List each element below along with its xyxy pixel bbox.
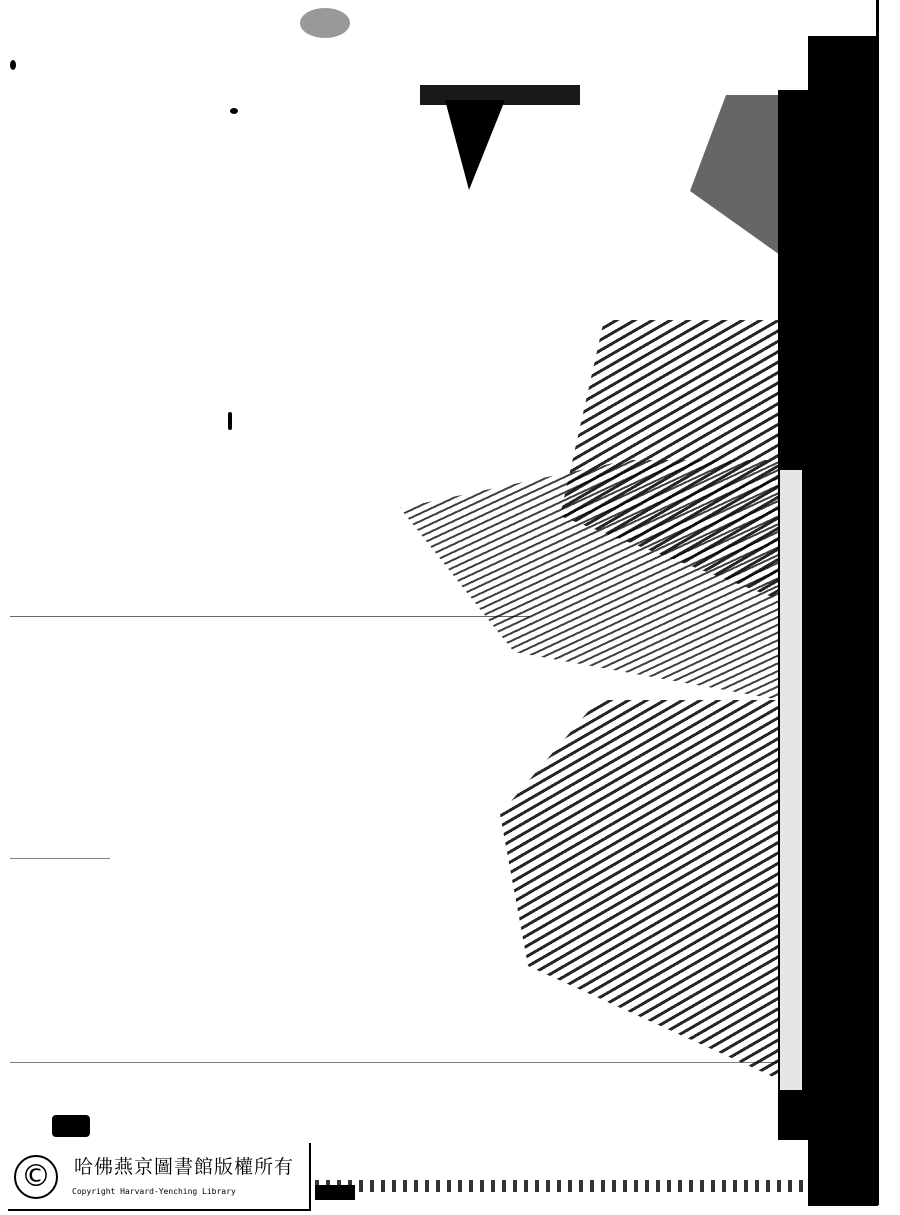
speck [228, 412, 232, 430]
faint-rule [10, 1062, 780, 1063]
copyright-text-chinese: 哈佛燕京圖書館版權所有 [74, 1152, 294, 1179]
speck [230, 108, 238, 114]
faint-rule [10, 616, 530, 617]
page-right-edge [876, 0, 879, 1205]
scanned-page: © 哈佛燕京圖書館版權所有 Copyright Harvard-Yenching… [0, 0, 900, 1215]
scan-texture-lower [500, 700, 780, 1080]
bottom-edge-noise [315, 1180, 810, 1192]
bottom-block [315, 1185, 355, 1200]
book-spine-shadow [808, 36, 878, 1206]
spine-top-margin [810, 0, 876, 36]
copyright-icon: © [14, 1155, 58, 1199]
scan-texture-middle [400, 460, 780, 700]
copyright-stamp: © 哈佛燕京圖書館版權所有 Copyright Harvard-Yenching… [8, 1143, 311, 1211]
top-ink-stain-lower [445, 100, 505, 190]
faint-rule [10, 858, 110, 859]
speck [300, 8, 350, 38]
speck [10, 60, 16, 70]
copyright-text-english: Copyright Harvard-Yenching Library [72, 1187, 236, 1196]
top-right-stain [690, 95, 780, 255]
gutter-highlight [780, 470, 802, 1090]
speck [52, 1115, 90, 1137]
